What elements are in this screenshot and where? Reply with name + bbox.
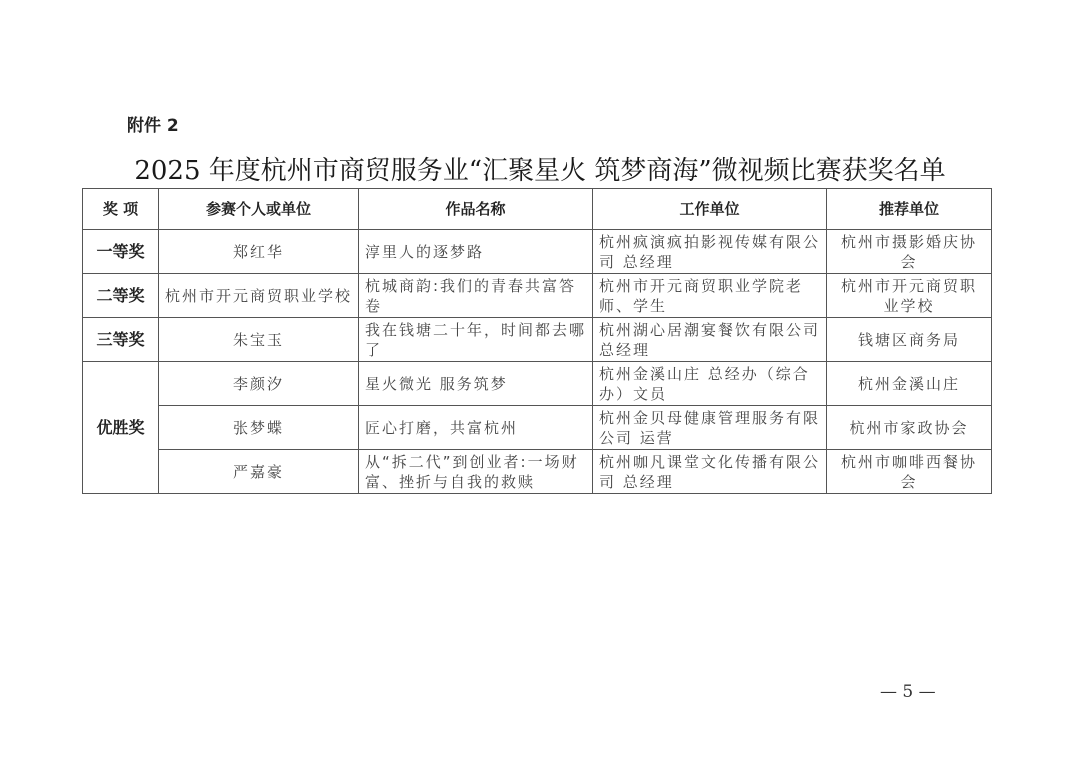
table-row: 优胜奖 李颜汐 星火微光 服务筑梦 杭州金溪山庄 总经办（综合办）文员 杭州金溪… xyxy=(83,362,992,406)
table-row: 三等奖 朱宝玉 我在钱塘二十年，时间都去哪了 杭州湖心居潮宴餐饮有限公司 总经理… xyxy=(83,318,992,362)
participant-cell: 严嘉豪 xyxy=(159,450,359,494)
employer-cell: 杭州咖凡课堂文化传播有限公司 总经理 xyxy=(593,450,827,494)
table-row: 严嘉豪 从“拆二代”到创业者:一场财富、挫折与自我的救赎 杭州咖凡课堂文化传播有… xyxy=(83,450,992,494)
table-header-row: 奖 项 参赛个人或单位 作品名称 工作单位 推荐单位 xyxy=(83,189,992,230)
award-cell: 优胜奖 xyxy=(83,362,159,494)
header-employer: 工作单位 xyxy=(593,189,827,230)
work-cell: 从“拆二代”到创业者:一场财富、挫折与自我的救赎 xyxy=(359,450,593,494)
award-cell: 二等奖 xyxy=(83,274,159,318)
award-cell: 三等奖 xyxy=(83,318,159,362)
recommender-cell: 杭州市咖啡西餐协会 xyxy=(827,450,992,494)
recommender-cell: 杭州市开元商贸职业学校 xyxy=(827,274,992,318)
work-cell: 星火微光 服务筑梦 xyxy=(359,362,593,406)
header-recommender: 推荐单位 xyxy=(827,189,992,230)
work-cell: 匠心打磨，共富杭州 xyxy=(359,406,593,450)
employer-cell: 杭州金贝母健康管理服务有限公司 运营 xyxy=(593,406,827,450)
award-cell: 一等奖 xyxy=(83,230,159,274)
recommender-cell: 杭州市家政协会 xyxy=(827,406,992,450)
participant-cell: 郑红华 xyxy=(159,230,359,274)
participant-cell: 杭州市开元商贸职业学校 xyxy=(159,274,359,318)
work-cell: 我在钱塘二十年，时间都去哪了 xyxy=(359,318,593,362)
table-row: 一等奖 郑红华 淳里人的逐梦路 杭州疯演疯拍影视传媒有限公司 总经理 杭州市摄影… xyxy=(83,230,992,274)
employer-cell: 杭州市开元商贸职业学院老师、学生 xyxy=(593,274,827,318)
participant-cell: 朱宝玉 xyxy=(159,318,359,362)
recommender-cell: 杭州市摄影婚庆协会 xyxy=(827,230,992,274)
attachment-label: 附件 2 xyxy=(127,111,179,136)
work-cell: 杭城商韵:我们的青春共富答卷 xyxy=(359,274,593,318)
document-title: 2025 年度杭州市商贸服务业“汇聚星火 筑梦商海”微视频比赛获奖名单 xyxy=(0,150,1080,187)
header-work: 作品名称 xyxy=(359,189,593,230)
table-row: 张梦蝶 匠心打磨，共富杭州 杭州金贝母健康管理服务有限公司 运营 杭州市家政协会 xyxy=(83,406,992,450)
header-participant: 参赛个人或单位 xyxy=(159,189,359,230)
employer-cell: 杭州湖心居潮宴餐饮有限公司 总经理 xyxy=(593,318,827,362)
page-number: — 5 — xyxy=(880,682,936,702)
recommender-cell: 杭州金溪山庄 xyxy=(827,362,992,406)
header-award: 奖 项 xyxy=(83,189,159,230)
work-cell: 淳里人的逐梦路 xyxy=(359,230,593,274)
recommender-cell: 钱塘区商务局 xyxy=(827,318,992,362)
table-row: 二等奖 杭州市开元商贸职业学校 杭城商韵:我们的青春共富答卷 杭州市开元商贸职业… xyxy=(83,274,992,318)
participant-cell: 张梦蝶 xyxy=(159,406,359,450)
employer-cell: 杭州疯演疯拍影视传媒有限公司 总经理 xyxy=(593,230,827,274)
employer-cell: 杭州金溪山庄 总经办（综合办）文员 xyxy=(593,362,827,406)
participant-cell: 李颜汐 xyxy=(159,362,359,406)
awards-table: 奖 项 参赛个人或单位 作品名称 工作单位 推荐单位 一等奖 郑红华 淳里人的逐… xyxy=(82,188,992,494)
